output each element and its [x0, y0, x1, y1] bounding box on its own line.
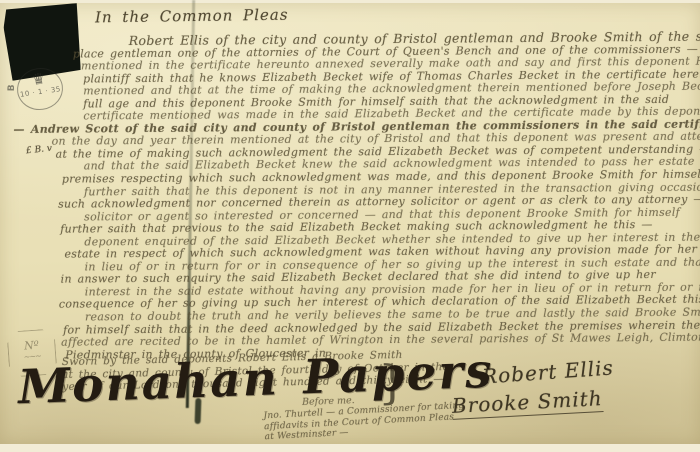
document-photo: ♛ 10 · 1 · 35 B Nº ~~~ In the Common Ple…	[0, 0, 700, 452]
body-text: Robert Ellis of the city and county of B…	[83, 31, 698, 362]
stamp-letter: B	[7, 84, 17, 91]
document-heading: In the Common Pleas	[95, 6, 289, 27]
